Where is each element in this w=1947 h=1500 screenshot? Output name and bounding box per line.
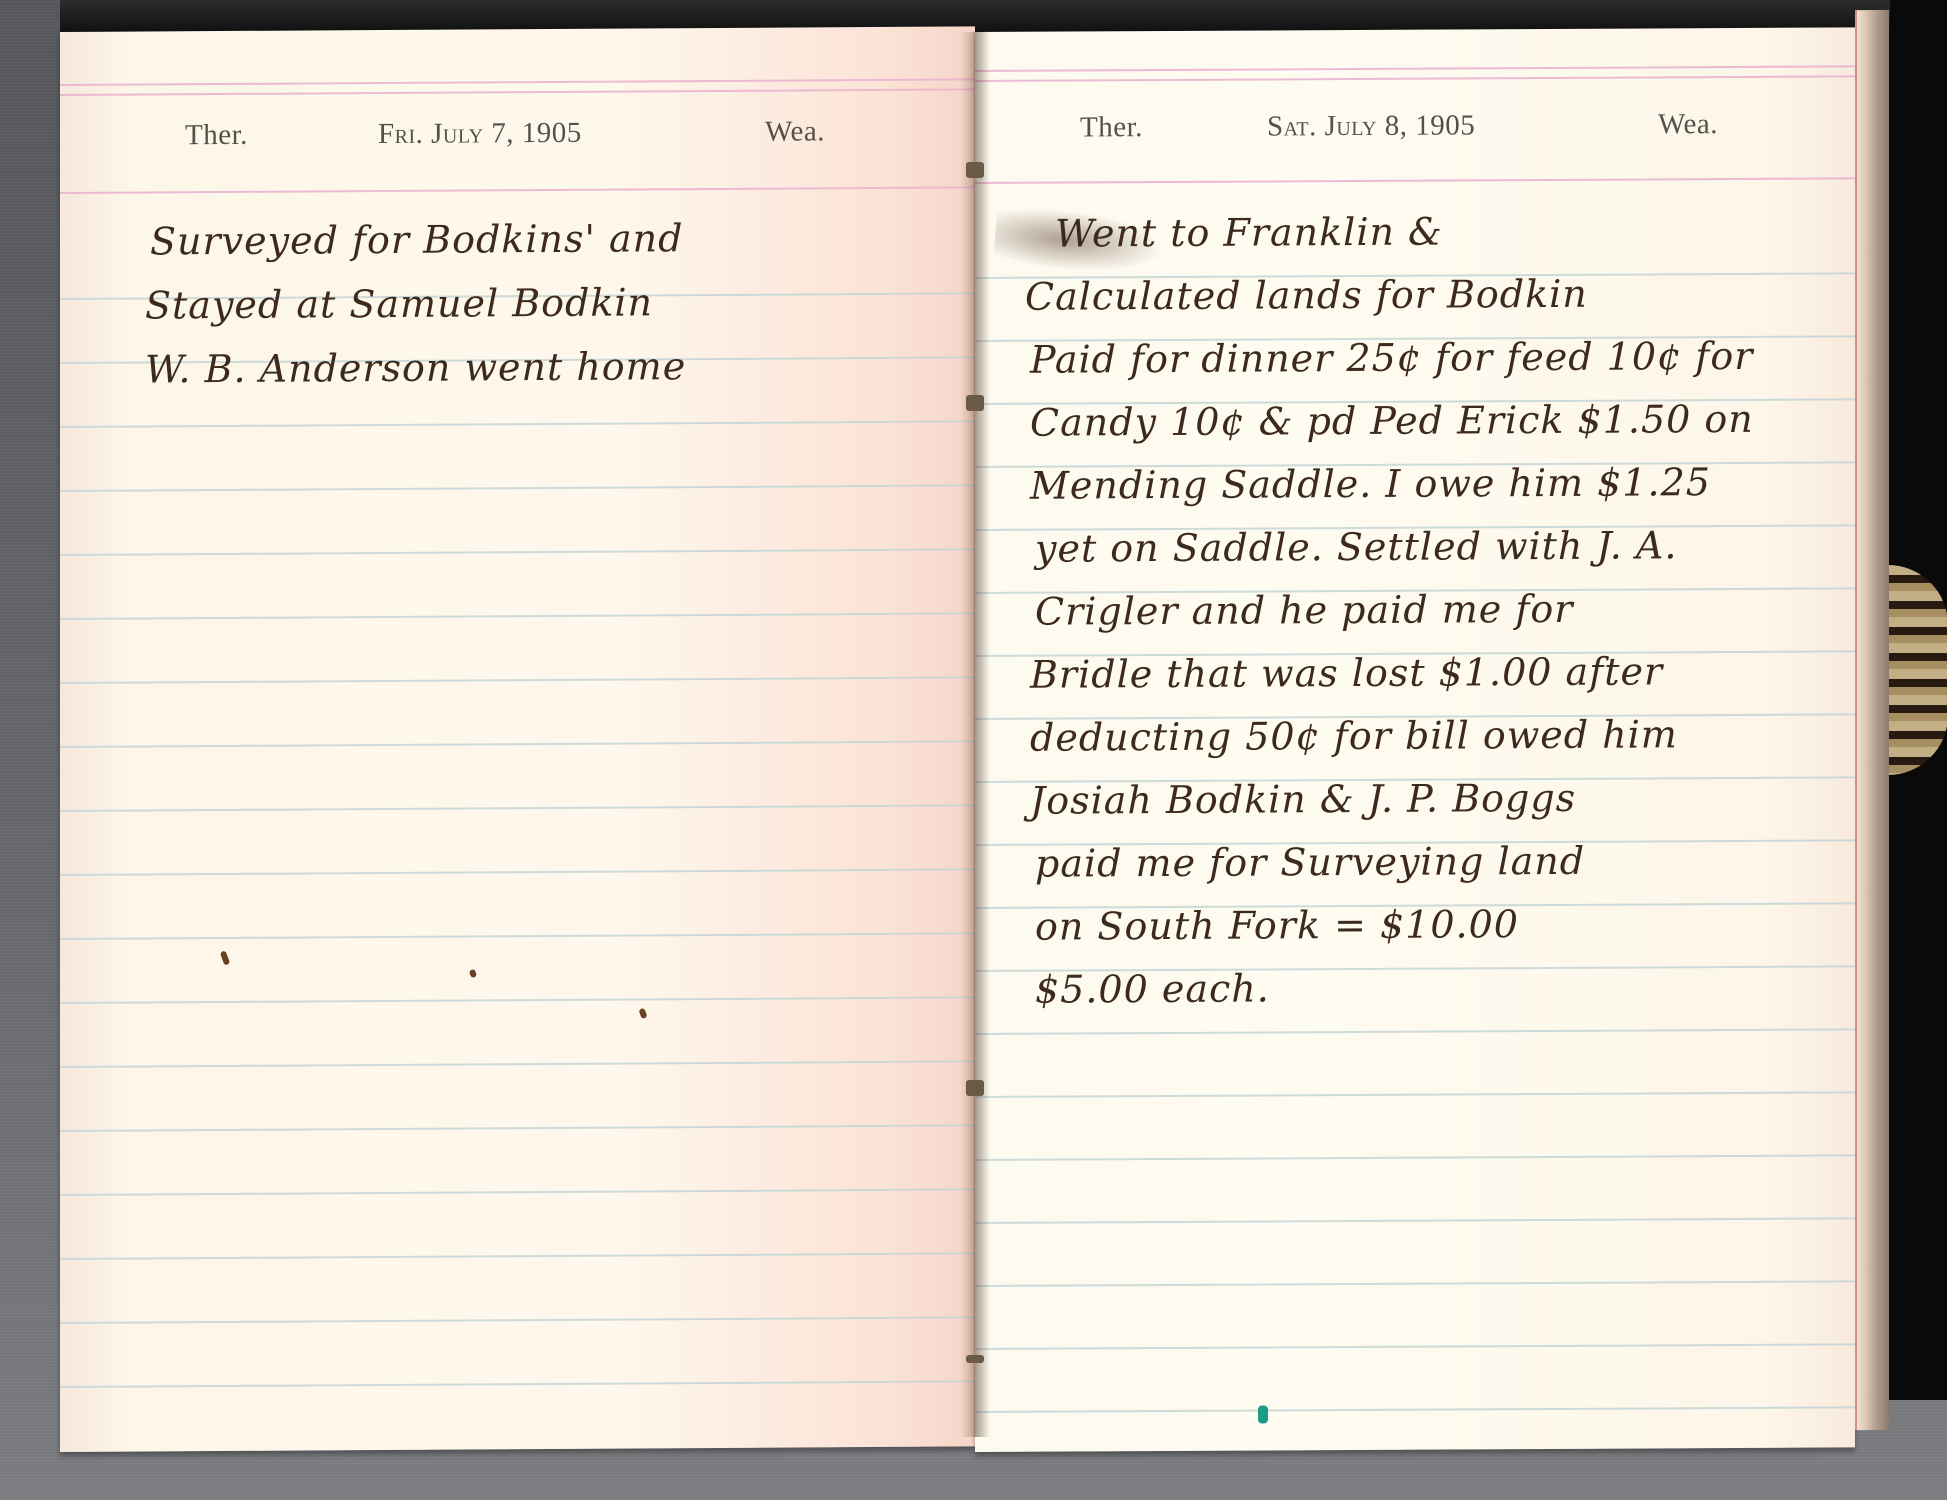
header-rule-top [975,65,1855,72]
date-month-day: July 8, [1325,110,1408,142]
left-page-header: Ther. Fri. July 7, 1905 Wea. [60,114,975,160]
wea-label: Wea. [765,115,825,148]
binding-stitch [966,1080,984,1096]
date-day: Sat. [1267,110,1317,142]
ruled-line [975,1091,1855,1098]
handwritten-line: Crigler and he paid me for [1035,585,1855,633]
ther-label: Ther. [185,119,248,152]
handwritten-line: Calculated lands for Bodkin [1025,270,1855,318]
handwritten-line: paid me for Surveying land [1035,837,1855,885]
ruled-line [60,484,975,492]
ruled-line [975,1406,1855,1413]
ruled-line [60,1380,975,1388]
handwritten-line: Went to Franklin & [1055,207,1855,255]
page-date: Fri. July 7, 1905 [378,117,582,151]
green-ink-spot [1258,1405,1268,1423]
header-rule-bottom [60,186,975,194]
handwritten-line: Paid for dinner 25¢ for feed 10¢ for [1030,333,1855,381]
ruled-line [60,740,975,748]
ruled-line [60,548,975,556]
ruled-line [975,1343,1855,1350]
header-rule-top-2 [975,75,1855,82]
left-page: Ther. Fri. July 7, 1905 Wea. Surveyed fo… [60,26,975,1452]
header-rule-top-2 [60,88,975,96]
binding-stitch [966,162,984,178]
handwritten-line: Candy 10¢ & pd Ped Erick $1.50 on [1030,396,1855,444]
ink-speck [638,1008,647,1019]
ruled-line [975,1028,1855,1035]
ruled-line [60,1124,975,1132]
handwritten-line: $5.00 each. [1035,963,1855,1011]
ruled-line [60,868,975,876]
ruled-line [975,1154,1855,1161]
book-cover-top-edge [60,0,1890,32]
date-year: 1905 [1415,109,1475,141]
header-rule-top [60,78,975,86]
handwritten-line: Bridle that was lost $1.00 after [1030,648,1855,696]
ruled-line [60,1060,975,1068]
ruled-line [60,1252,975,1260]
handwritten-line: Surveyed for Bodkins' and [150,214,975,263]
ruled-line [60,1188,975,1196]
page-date: Sat. July 8, 1905 [1267,109,1475,143]
ruled-line [975,1217,1855,1224]
binding-stitch [966,395,984,411]
page-stack-edge [1855,10,1889,1430]
ruled-line [60,1316,975,1324]
handwritten-line: deducting 50¢ for bill owed him [1030,711,1855,759]
handwritten-line: on South Fork = $10.00 [1035,900,1855,948]
ruled-line [975,1280,1855,1287]
ruled-line [60,996,975,1004]
date-day: Fri. [378,118,423,150]
handwritten-line: Stayed at Samuel Bodkin [145,278,975,327]
ther-label: Ther. [1080,111,1143,144]
binding-stitch [966,1355,984,1363]
date-month-day: July 7, [431,117,514,150]
header-rule-bottom [975,177,1855,184]
handwritten-line: Mending Saddle. I owe him $1.25 [1030,459,1855,507]
ink-speck [220,950,230,965]
ink-speck [469,969,477,979]
right-page: Ther. Sat. July 8, 1905 Wea. Went to Fra… [975,27,1855,1452]
date-year: 1905 [522,117,582,149]
ruled-line [60,420,975,428]
ruled-line [60,932,975,940]
right-page-header: Ther. Sat. July 8, 1905 Wea. [975,107,1855,152]
ruled-line [60,804,975,812]
wea-label: Wea. [1658,108,1718,141]
handwritten-line: W. B. Anderson went home [145,342,975,391]
ruled-line [60,612,975,620]
handwritten-line: Josiah Bodkin & J. P. Boggs [1030,774,1855,822]
ruled-line [60,676,975,684]
handwritten-line: yet on Saddle. Settled with J. A. [1035,522,1855,570]
book-clasp [1888,565,1947,775]
